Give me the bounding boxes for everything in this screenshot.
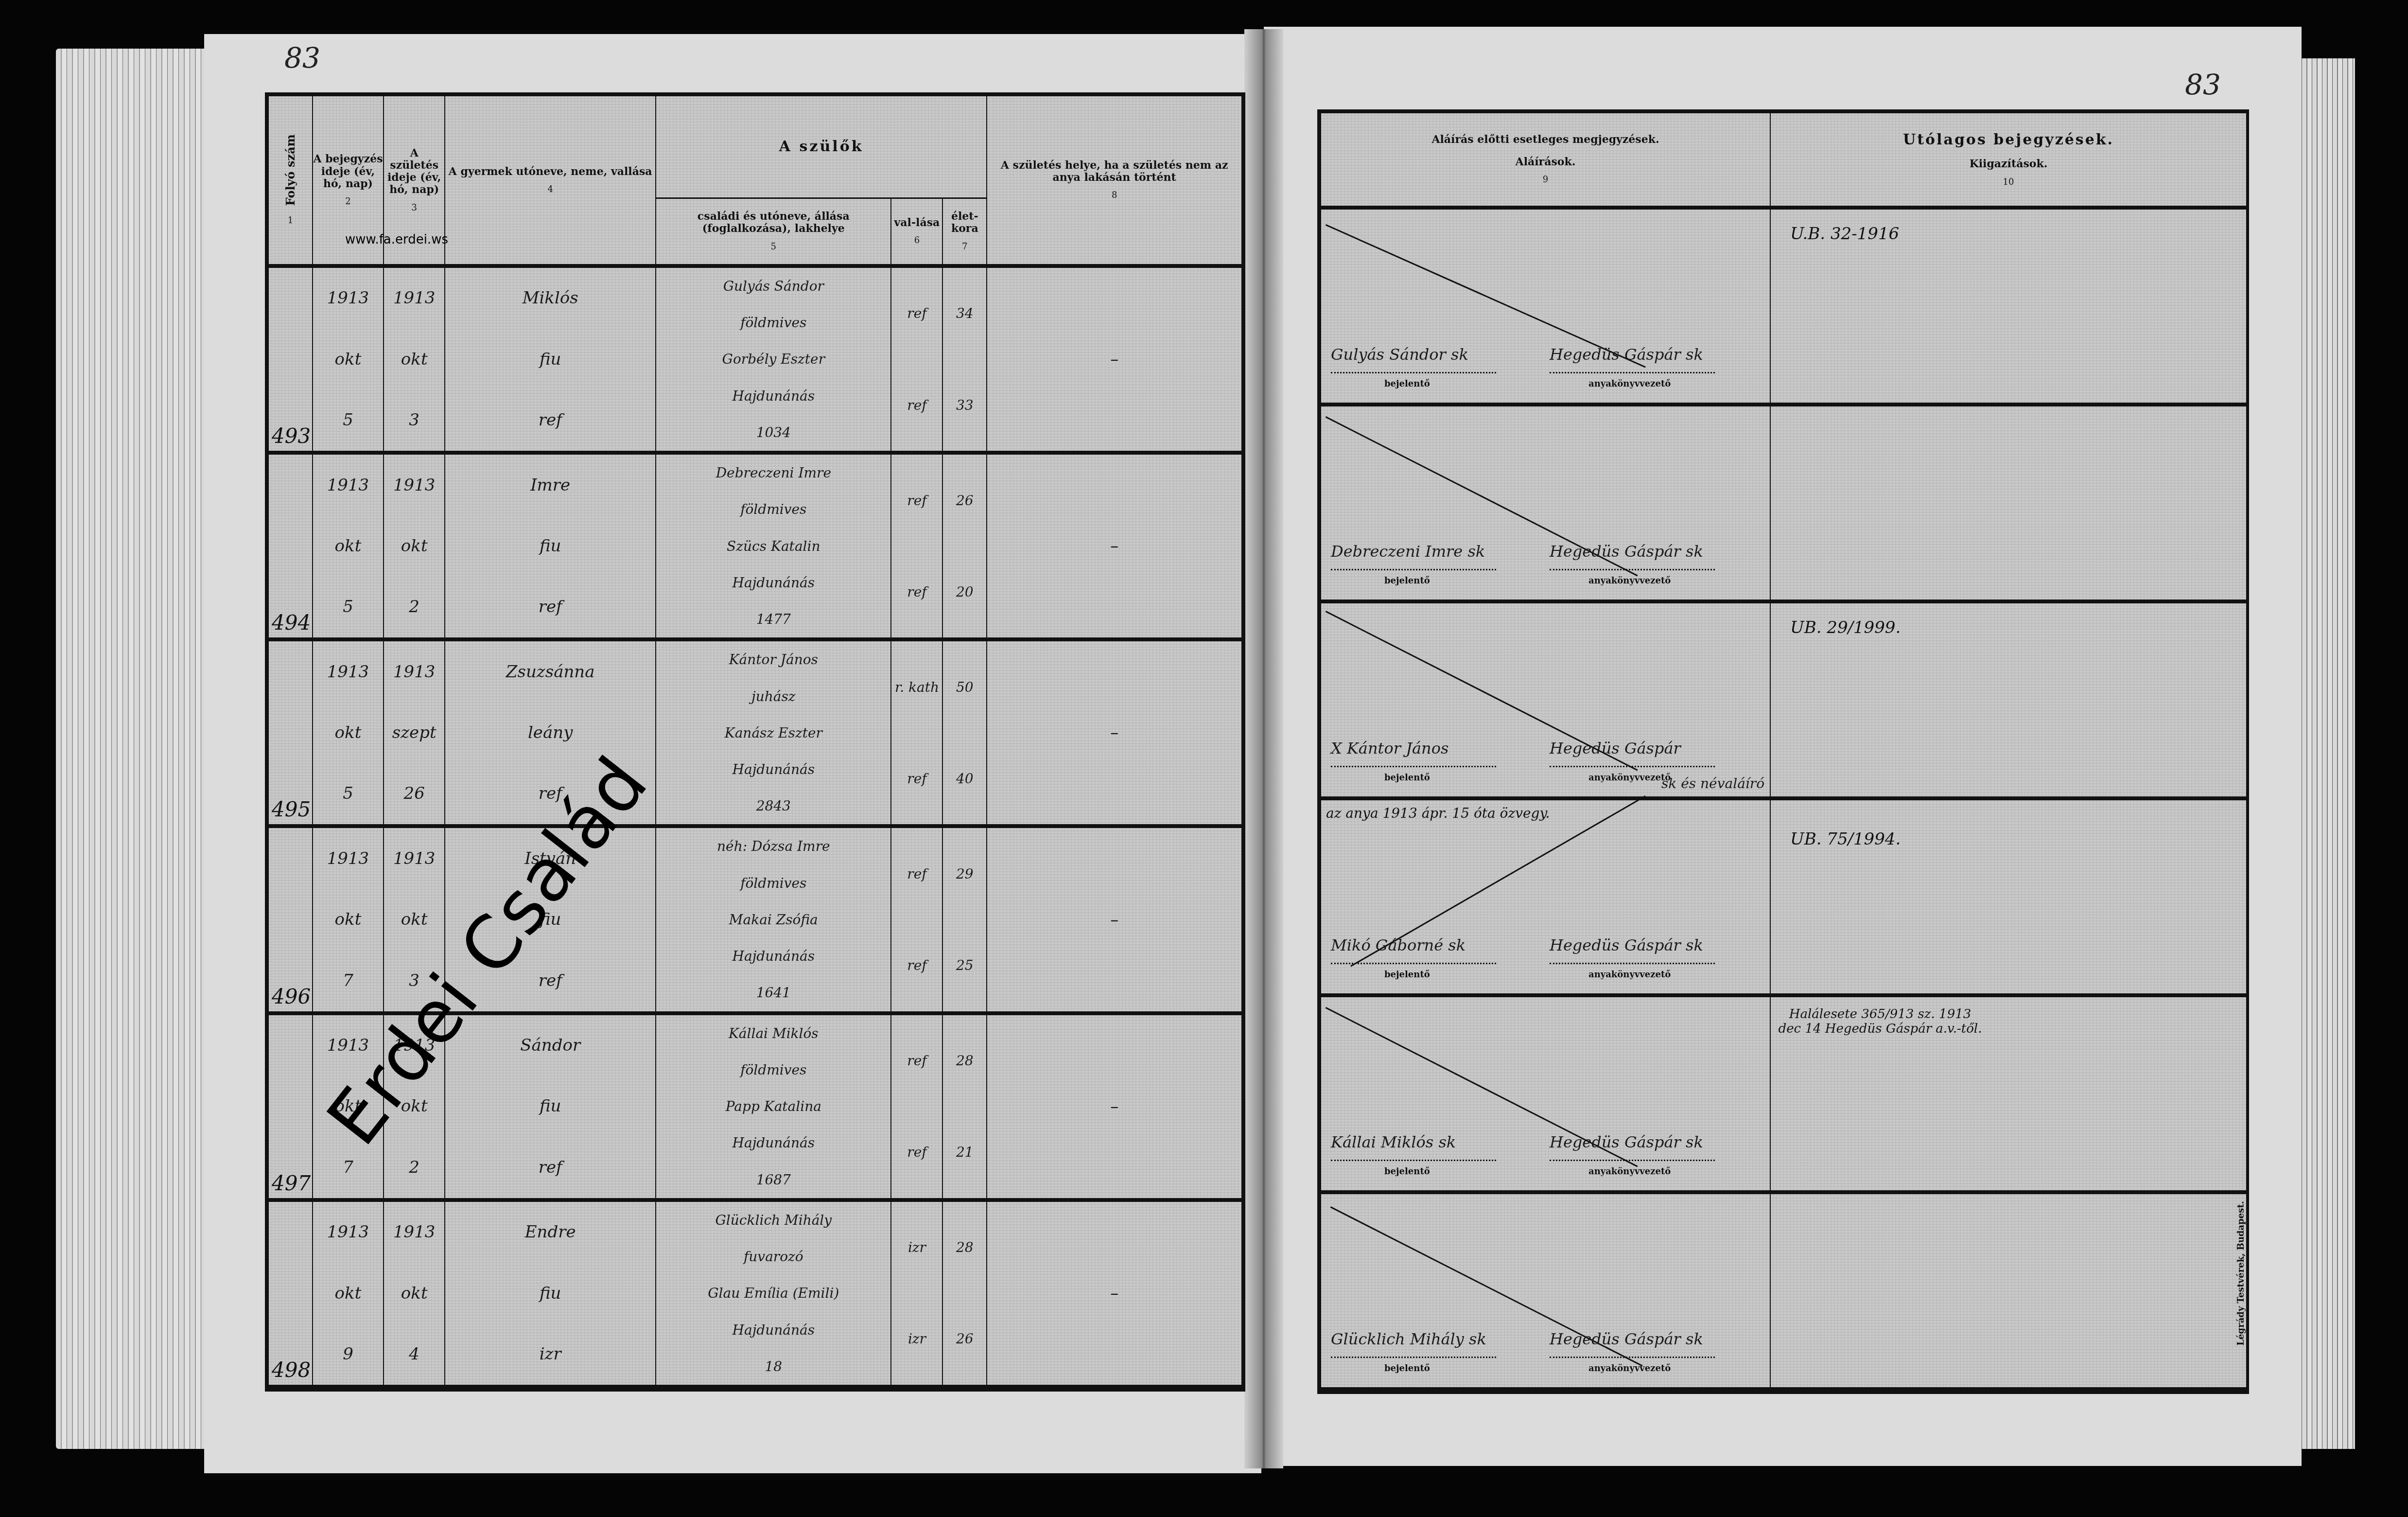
declarant-label: bejelentő [1384, 379, 1430, 389]
entry-number: 497 [272, 1171, 311, 1195]
declarant-label: bejelentő [1384, 1363, 1430, 1374]
declarant-signature: Debreczeni Imre sk [1331, 537, 1485, 566]
later-note: UB. 29/1999. [1790, 618, 1901, 637]
entry-row: 493 1913okt5 1913okt3 Miklósfiuref Gulyá… [268, 266, 1242, 453]
printer-imprint: Légrády Testvérek, Budapest. [2236, 1201, 2246, 1346]
registrar-signature: Hegedüs Gáspár sk [1550, 340, 1703, 370]
signatures-table: Aláírás előtti esetleges megjegyzések. A… [1320, 112, 2247, 1391]
later-note: Halálesete 365/913 sz. 1913 dec 14 Heged… [1778, 1007, 1982, 1036]
header-folyo-szam: Folyó szám1 [268, 96, 313, 266]
entry-number: 496 [272, 985, 311, 1008]
registrar-label: anyakönyvvezető [1588, 773, 1671, 783]
registrar-label: anyakönyvvezető [1588, 1363, 1671, 1374]
registrar-label: anyakönyvvezető [1588, 379, 1671, 389]
registrar-signature: Hegedüs Gáspár sk [1550, 537, 1703, 566]
later-note: UB. 75/1994. [1790, 829, 1901, 849]
entry-number: 498 [272, 1358, 311, 1382]
header-later-entries: Utólagos bejegyzések. Kiigazítások. 10 [1770, 113, 2247, 208]
later-note: U.B. 32-1916 [1790, 224, 1899, 244]
registrar-signature: Hegedüs Gáspár sk [1550, 1128, 1703, 1157]
birthplace-cell: – [987, 1200, 1242, 1387]
header-parents-group: A szülők [656, 96, 987, 198]
registrar-label: anyakönyvvezető [1588, 1166, 1671, 1177]
birthplace-cell: – [987, 1013, 1242, 1200]
entry-row: 494 1913okt5 1913okt2 Imrefiuref Debrecz… [268, 453, 1242, 639]
right-page-number: 83 [2185, 68, 2221, 101]
header-parent-name: családi és utóneve, állása (foglalkozása… [656, 198, 891, 266]
declarant-label: bejelentő [1384, 1166, 1430, 1177]
entry-row: 498 1913okt9 1913okt4 Endrefiuizr Glückl… [268, 1200, 1242, 1387]
birth-register-table: Folyó szám1 A bejegyzés ideje (év, hó, n… [268, 95, 1242, 1389]
right-register-form: Aláírás előtti esetleges megjegyzések. A… [1317, 109, 2249, 1394]
entry-number: 493 [272, 424, 311, 448]
declarant-label: bejelentő [1384, 970, 1430, 980]
birthplace-cell: – [987, 266, 1242, 453]
left-register-form: Folyó szám1 A bejegyzés ideje (év, hó, n… [265, 92, 1245, 1392]
declarant-signature: Mikó Gáborné sk [1331, 931, 1466, 960]
declarant-label: bejelentő [1384, 576, 1430, 586]
header-age: élet-kora7 [942, 198, 987, 266]
signature-row: Glücklich Mihály sk Hegedüs Gáspár sk be… [1321, 1192, 2247, 1389]
birthplace-cell: – [987, 453, 1242, 639]
entry-number: 495 [272, 797, 311, 821]
registrar-extra-note: sk és névaláíró [1661, 771, 1764, 796]
left-page-number: 83 [284, 41, 320, 74]
birthplace-cell: – [987, 639, 1242, 826]
header-birthplace: A születés helye, ha a születés nem az a… [987, 96, 1242, 266]
registrar-label: anyakönyvvezető [1588, 970, 1671, 980]
signature-row: Debreczeni Imre sk Hegedüs Gáspár sk bej… [1321, 405, 2247, 601]
registrar-label: anyakönyvvezető [1588, 576, 1671, 586]
declarant-signature: X Kántor János [1331, 734, 1448, 763]
signature-row: X Kántor János Hegedüs Gáspár bejelentő … [1321, 601, 2247, 798]
registrar-signature: Hegedüs Gáspár sk [1550, 1324, 1703, 1354]
header-religion: val-lása6 [891, 198, 942, 266]
declarant-signature: Gulyás Sándor sk [1331, 340, 1468, 370]
registrar-signature: Hegedüs Gáspár [1550, 734, 1681, 763]
registrar-signature: Hegedüs Gáspár sk [1550, 931, 1703, 960]
left-page-stack [56, 49, 216, 1449]
entry-number: 494 [272, 611, 311, 635]
signature-row: Gulyás Sándor sk Hegedüs Gáspár sk bejel… [1321, 208, 2247, 405]
book-gutter [1244, 29, 1283, 1468]
url-watermark: www.fa.erdei.ws [345, 232, 448, 247]
signature-row: az anya 1913 ápr. 15 óta özvegy. Mikó Gá… [1321, 798, 2247, 995]
declarant-signature: Glücklich Mihály sk [1331, 1324, 1486, 1354]
header-child: A gyermek utóneve, neme, vallása4 [445, 96, 656, 266]
declarant-signature: Kállai Miklós sk [1331, 1128, 1456, 1157]
entry-row: 495 1913okt5 1913szept26 Zsuzsánnaleányr… [268, 639, 1242, 826]
declarant-label: bejelentő [1384, 773, 1430, 783]
pre-signature-note: az anya 1913 ápr. 15 óta özvegy. [1326, 805, 1550, 821]
birthplace-cell: – [987, 826, 1242, 1013]
signature-row: Kállai Miklós sk Hegedüs Gáspár sk bejel… [1321, 995, 2247, 1192]
header-signatures: Aláírás előtti esetleges megjegyzések. A… [1321, 113, 1770, 208]
